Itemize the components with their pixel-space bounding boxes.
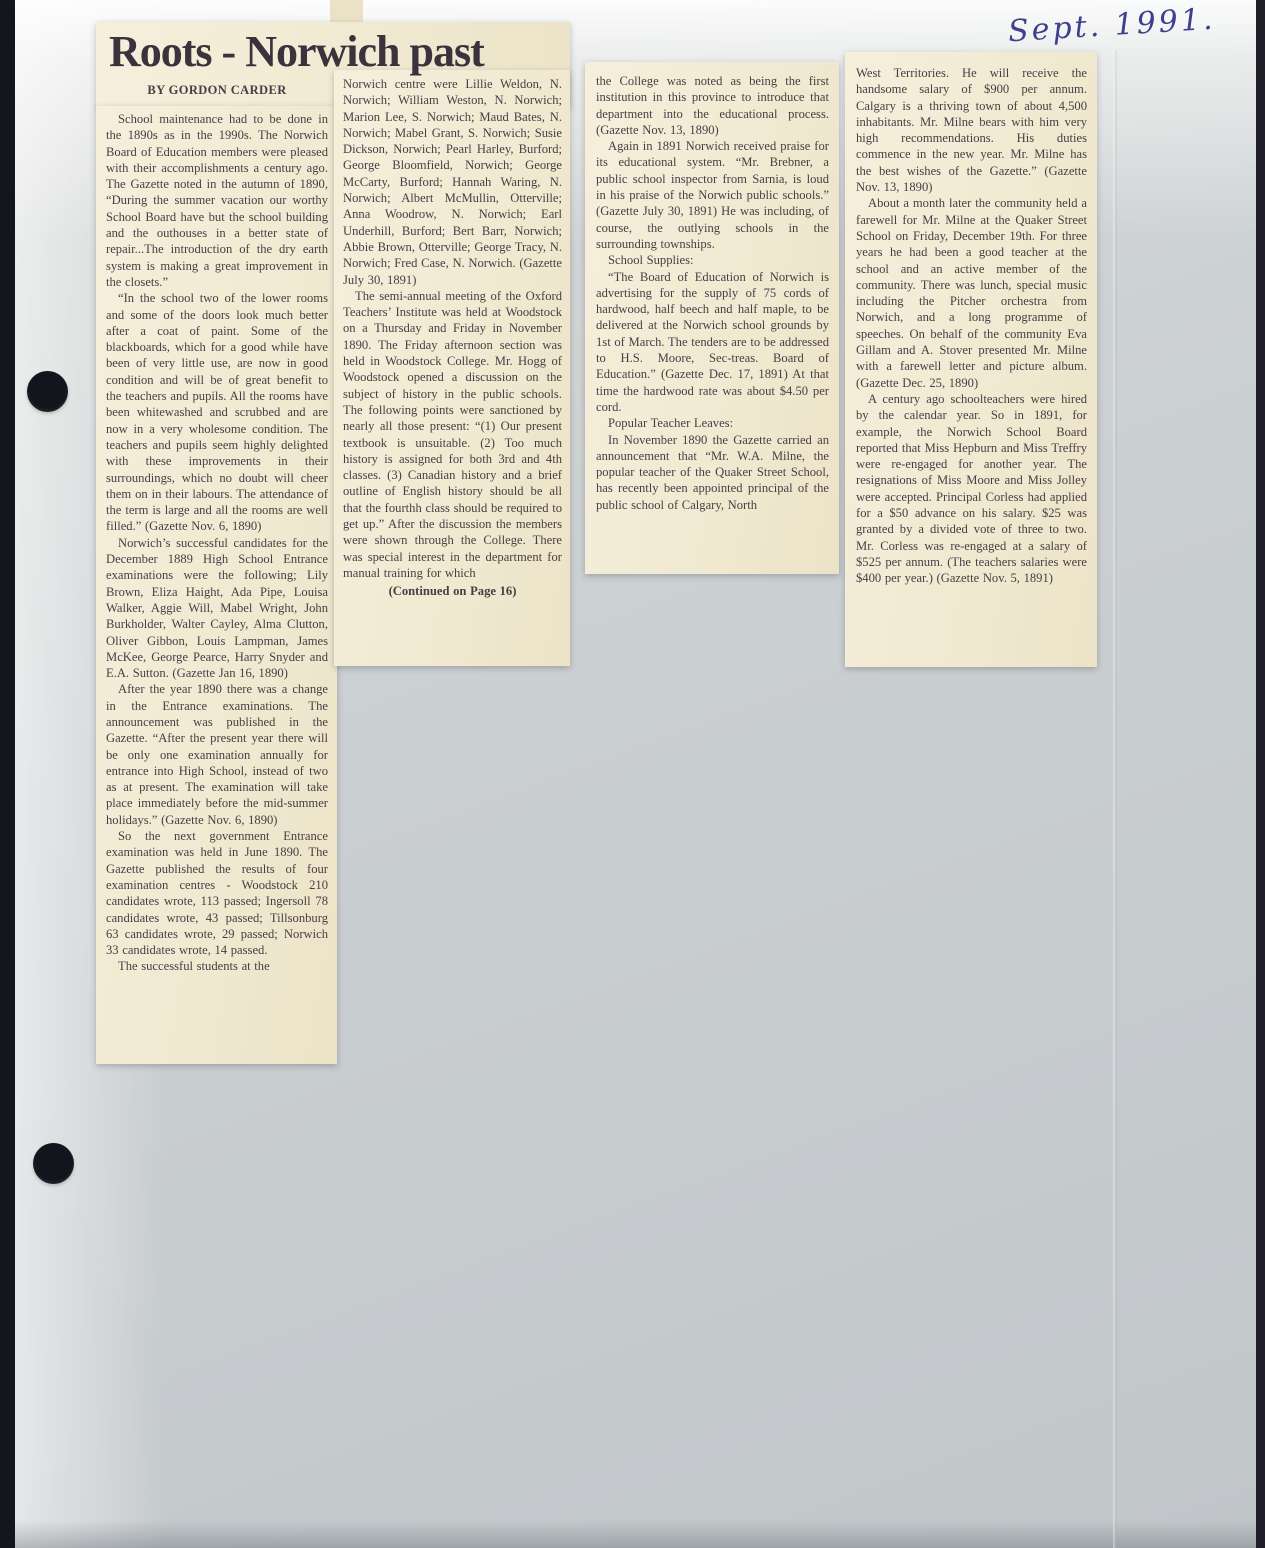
news-paragraph: So the next government Entrance examinat… — [106, 828, 328, 958]
news-paragraph: “The Board of Education of Norwich is ad… — [596, 269, 829, 416]
news-paragraph: The semi-annual meeting of the Oxford Te… — [343, 288, 562, 581]
article-column-4: West Territories. He will receive the ha… — [845, 52, 1097, 601]
newspaper-clipping-column-1: School maintenance had to be done in the… — [96, 106, 337, 1064]
continued-note: (Continued on Page 16) — [343, 583, 562, 599]
hole-punch-bottom — [33, 1143, 74, 1184]
newspaper-clipping-column-3: the College was noted as being the first… — [585, 62, 839, 574]
scanned-scrapbook-sheet: { "annotations": { "handwritten_date": "… — [0, 0, 1265, 1548]
newspaper-clipping-column-2: Norwich centre were Lillie Weldon, N. No… — [334, 70, 570, 666]
news-paragraph: Norwich centre were Lillie Weldon, N. No… — [343, 76, 562, 288]
news-paragraph: Popular Teacher Leaves: — [596, 415, 829, 431]
news-paragraph: “In the school two of the lower rooms an… — [106, 290, 328, 534]
article-column-1: School maintenance had to be done in the… — [96, 106, 337, 985]
news-paragraph: Norwich’s successful candidates for the … — [106, 535, 328, 682]
newspaper-clipping-column-4: West Territories. He will receive the ha… — [845, 52, 1097, 667]
hole-punch-top — [27, 371, 68, 412]
article-column-3: the College was noted as being the first… — [585, 62, 839, 525]
news-paragraph: A century ago schoolteachers were hired … — [856, 391, 1087, 587]
news-paragraph: About a month later the community held a… — [856, 195, 1087, 391]
page-crease — [1113, 50, 1117, 1548]
article-headline: Roots - Norwich past — [109, 26, 569, 77]
news-paragraph: West Territories. He will receive the ha… — [856, 65, 1087, 195]
scan-edge-right — [1256, 0, 1265, 1548]
news-paragraph: the College was noted as being the first… — [596, 73, 829, 138]
article-column-2: Norwich centre were Lillie Weldon, N. No… — [334, 70, 570, 610]
news-paragraph: School Supplies: — [596, 252, 829, 268]
article-byline: BY GORDON CARDER — [104, 83, 330, 98]
scan-edge-left — [0, 0, 15, 1548]
news-paragraph: In November 1890 the Gazette carried an … — [596, 432, 829, 513]
news-paragraph: The successful students at the — [106, 958, 328, 974]
news-paragraph: After the year 1890 there was a change i… — [106, 681, 328, 828]
news-paragraph: Again in 1891 Norwich received praise fo… — [596, 138, 829, 252]
news-paragraph: School maintenance had to be done in the… — [106, 111, 328, 290]
